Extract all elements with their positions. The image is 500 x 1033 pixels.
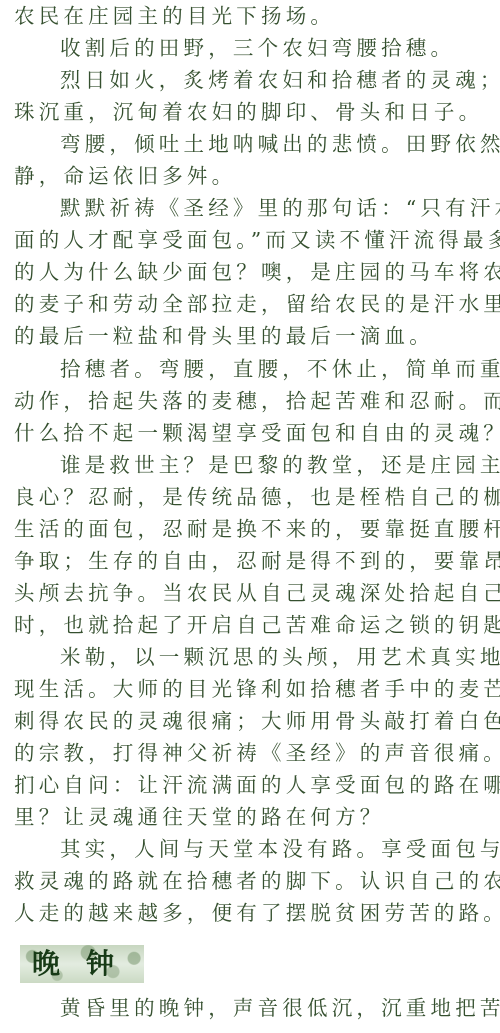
text-line: 拾穗者。弯腰，直腰，不休止，简单而重复的 <box>60 356 484 382</box>
text-line: 争取；生存的自由，忍耐是得不到的，要靠昂起 <box>14 548 484 574</box>
text-line: 现生活。大师的目光锋利如拾穗者手中的麦芒， <box>14 676 484 702</box>
text-line: 谁是救世主？是巴黎的教堂，还是庄园主的 <box>60 452 484 478</box>
section-heading: 晚钟 <box>32 948 140 980</box>
text-line: 收割后的田野，三个农妇弯腰拾穗。 <box>60 35 484 61</box>
text-line: 的宗教，打得神父祈祷《圣经》的声音很痛。神父 <box>14 740 484 766</box>
text-line: 扪心自问：让汗流满面的人享受面包的路在哪 <box>14 772 484 798</box>
section-heading-banner: 晚钟 <box>20 945 144 983</box>
text-line: 救灵魂的路就在拾穗者的脚下。认识自己的农 <box>14 868 484 894</box>
text-line: 头颅去抗争。当农民从自己灵魂深处拾起自己 <box>14 580 484 606</box>
text-line: 静，命运依旧多舛。 <box>14 163 484 189</box>
section-first-line: 黄昏里的晚钟，声音很低沉，沉重地把苦难 <box>60 995 484 1021</box>
text-line: 人走的越来越多，便有了摆脱贫困劳苦的路。 <box>14 900 484 926</box>
text-line: 生活的面包，忍耐是换不来的，要靠挺直腰杆去 <box>14 516 484 542</box>
text-line: 米勒，以一颗沉思的头颅，用艺术真实地表 <box>60 644 484 670</box>
text-line: 时，也就拾起了开启自己苦难命运之锁的钥匙。 <box>14 612 484 638</box>
text-line: 珠沉重，沉甸着农妇的脚印、骨头和日子。 <box>14 99 484 125</box>
text-line: 刺得农民的灵魂很痛；大师用骨头敲打着白色 <box>14 708 484 734</box>
text-line: 什么拾不起一颗渴望享受面包和自由的灵魂？ <box>14 420 484 446</box>
text-line: 烈日如火，炙烤着农妇和拾穗者的灵魂；汗 <box>60 67 484 93</box>
text-line: 里？让灵魂通往天堂的路在何方？ <box>14 804 484 830</box>
text-line: 弯腰，倾吐土地呐喊出的悲愤。田野依然宁 <box>60 131 484 157</box>
text-line: 农民在庄园主的目光下扬场。 <box>14 3 484 29</box>
text-line: 默默祈祷《圣经》里的那句话：“只有汗水满 <box>60 195 484 221</box>
text-line: 面的人才配享受面包。”而又读不懂汗流得最多 <box>14 227 484 253</box>
text-line: 的麦子和劳动全部拉走，留给农民的是汗水里 <box>14 291 484 317</box>
document-page: 农民在庄园主的目光下扬场。收割后的田野，三个农妇弯腰拾穗。烈日如火，炙烤着农妇和… <box>0 0 500 1033</box>
text-line: 的人为什么缺少面包？噢，是庄园的马车将农民 <box>14 259 484 285</box>
text-line: 的最后一粒盐和骨头里的最后一滴血。 <box>14 323 484 349</box>
text-line: 良心？忍耐，是传统品德，也是桎梏自己的枷锁。 <box>14 484 484 510</box>
text-line: 其实，人间与天堂本没有路。享受面包与拯 <box>60 836 484 862</box>
text-line: 动作，拾起失落的麦穗，拾起苦难和忍耐。而为 <box>14 388 484 414</box>
